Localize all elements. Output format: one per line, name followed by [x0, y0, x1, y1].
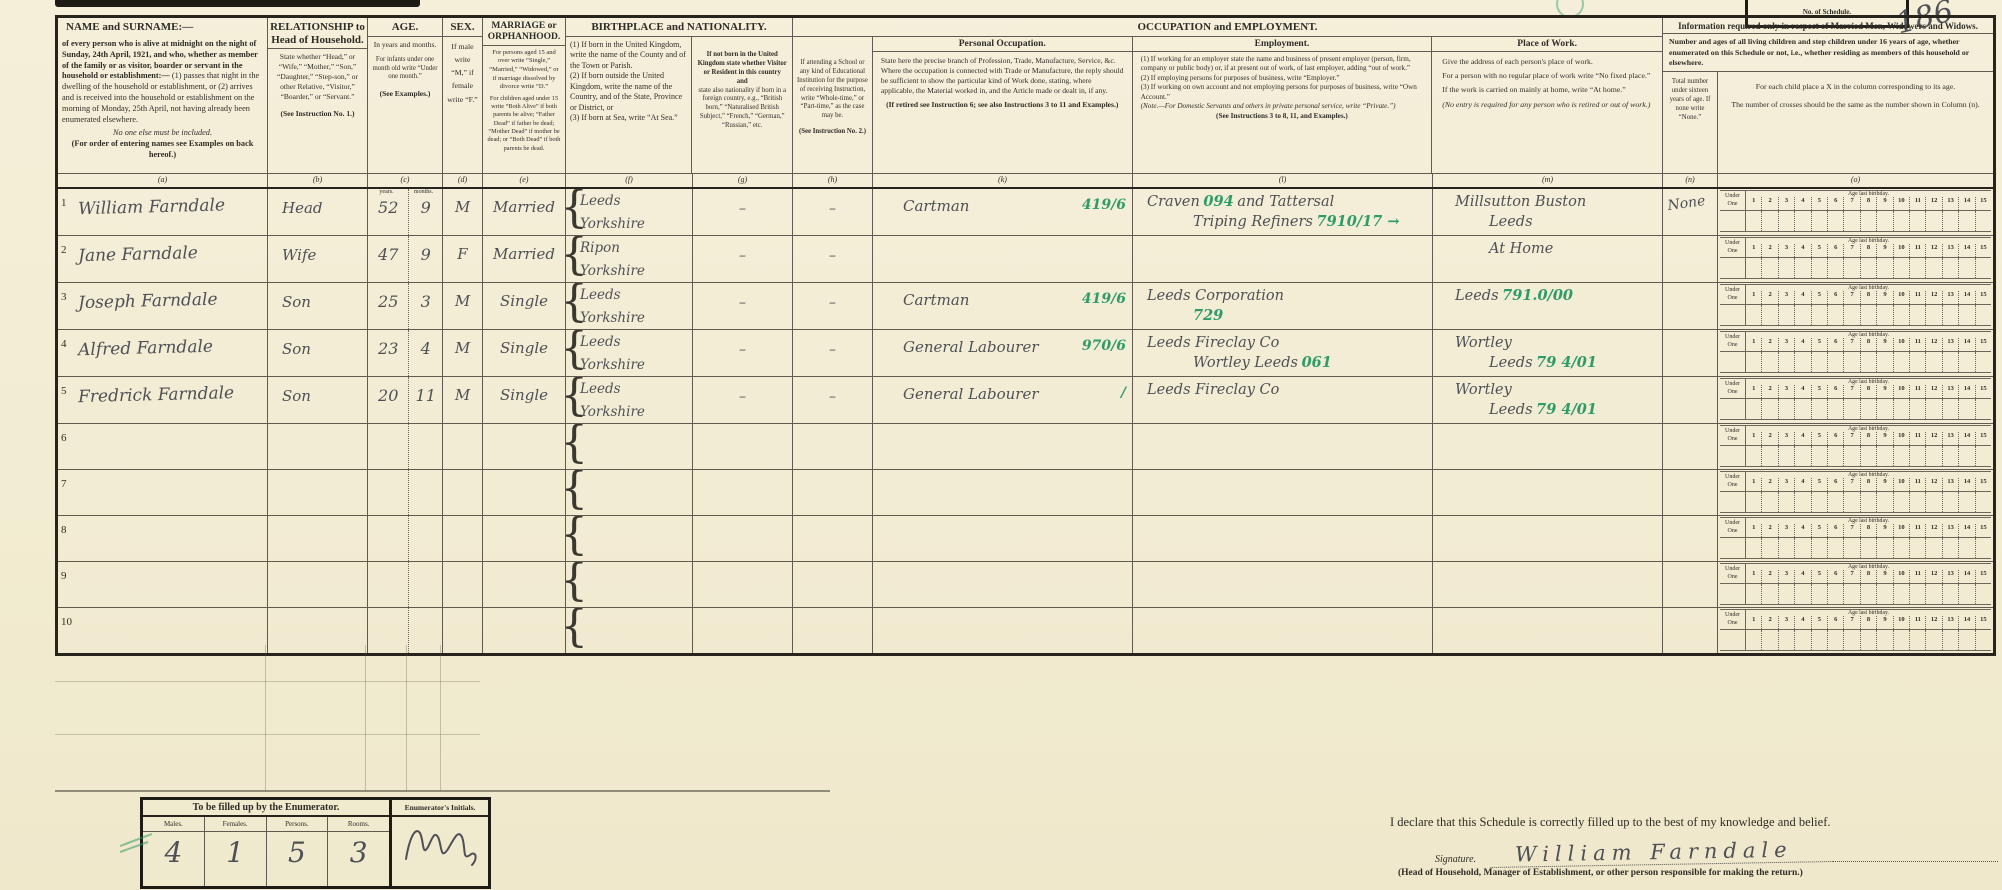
age-col-label: 10 — [1893, 432, 1909, 445]
age-col-label: 5 — [1811, 291, 1827, 304]
table-row: 3 Joseph Farndale Son 25 3 M Single { Le… — [58, 283, 1993, 330]
age-col-label: 15 — [1975, 385, 1991, 398]
age-years-value — [368, 424, 409, 469]
column-letter-l: (l) — [1133, 174, 1433, 187]
age-col-label: 11 — [1909, 432, 1925, 445]
age-col-label: 8 — [1860, 616, 1876, 629]
age-col-label: 4 — [1794, 291, 1810, 304]
cell-children-ages-grid: Under One Age last birthday. 1 2 3 4 5 6… — [1718, 189, 1993, 235]
age-years-value: 47 — [368, 236, 409, 282]
column-letter-g: (g) — [693, 174, 793, 187]
age-col-label: 8 — [1860, 291, 1876, 304]
education-value: – — [793, 377, 872, 405]
age-grid-header: Under One Age last birthday. 1 2 3 4 5 6… — [1720, 426, 1991, 446]
relationship-see: (See Instruction No. 1.) — [268, 109, 367, 118]
age-grid: Under One Age last birthday. 1 2 3 4 5 6… — [1720, 471, 1991, 513]
place-line-2: At Home — [1489, 241, 1553, 257]
nationality-value — [693, 516, 792, 528]
employment-desc-1: (1) If working for an employer state the… — [1141, 55, 1424, 74]
age-grid-numbers: 1 2 3 4 5 6 7 8 9 10 11 12 13 — [1746, 385, 1991, 398]
nationality-value — [693, 470, 792, 482]
nationality-value: – — [693, 236, 792, 264]
age-col-label: 12 — [1925, 244, 1941, 257]
cell-marriage: Married — [483, 189, 566, 235]
name-desc-5: (For order of entering names see Example… — [62, 139, 263, 161]
marriage-column-title: MARRIAGE or ORPHANHOOD. — [483, 18, 565, 46]
cell-sex — [443, 516, 483, 561]
persons-value: 5 — [267, 832, 329, 886]
column-letter-f: (f) — [566, 174, 693, 187]
personal-occupation-desc-1: State here the precise branch of Profess… — [881, 56, 1124, 66]
age-years-value — [368, 562, 409, 607]
age-grid-header: Under One Age last birthday. 1 2 3 4 5 6… — [1720, 191, 1991, 211]
cell-occupation — [873, 562, 1133, 607]
column-header-sex: SEX. If male write “M,” if female write … — [443, 18, 483, 173]
sex-desc: If male write “M,” if female write “F.” — [443, 37, 482, 109]
cell-birthplace: { — [566, 424, 693, 469]
age-col-label: 11 — [1909, 338, 1925, 351]
age-grid: Under One Age last birthday. 1 2 3 4 5 6… — [1720, 190, 1991, 232]
birthplace-line-2: Yorkshire — [580, 353, 692, 376]
name-value — [58, 608, 267, 619]
age-col-label: 10 — [1893, 570, 1909, 583]
age-see: (See Examples.) — [368, 89, 442, 98]
relationship-value: Wife — [268, 236, 367, 264]
cell-birthplace: { Leeds Yorkshire — [566, 377, 693, 423]
cell-sex — [443, 470, 483, 515]
column-header-age: AGE. In years and months. For infants un… — [368, 18, 443, 173]
marriage-desc-2: For children aged under 15 write “Both A… — [483, 95, 565, 156]
cell-place-of-work — [1433, 608, 1663, 653]
marriage-value: Married — [483, 236, 565, 263]
column-header-birthplace: (1) If born in the United Kingdom, write… — [566, 37, 692, 173]
total-children-value — [1663, 377, 1717, 387]
name-value: Jane Farndale — [58, 236, 267, 267]
age-months-value — [409, 562, 442, 607]
age-grid-numbers: 1 2 3 4 5 6 7 8 9 10 11 12 13 — [1746, 524, 1991, 537]
cell-employment: Leeds Fireclay Co — [1133, 377, 1433, 423]
employment-note: (Note.—For Domestic Servants and others … — [1141, 102, 1424, 112]
relationship-value: Head — [268, 189, 367, 217]
bleed-line — [55, 734, 480, 735]
signature-handwritten: William Farndale — [1490, 837, 1833, 868]
cell-age — [368, 562, 443, 607]
cell-marriage: Single — [483, 377, 566, 423]
age-col-label: 3 — [1778, 385, 1794, 398]
age-col-label: 11 — [1909, 616, 1925, 629]
age-col-label: 14 — [1958, 291, 1974, 304]
column-header-personal-occupation: Personal Occupation. State here the prec… — [873, 37, 1133, 173]
under-one-label: Under One — [1720, 518, 1746, 537]
column-group-married-info: Information required only in respect of … — [1663, 18, 1993, 173]
age-col-label: 6 — [1827, 197, 1843, 210]
cell-age — [368, 516, 443, 561]
age-col-label: 10 — [1893, 338, 1909, 351]
table-row: 10 { — [58, 608, 1993, 653]
cropped-box-edge — [55, 0, 420, 7]
age-col-label: 14 — [1958, 616, 1974, 629]
cell-name: 9 — [58, 562, 268, 607]
age-grid-empty-cells — [1720, 399, 1991, 419]
column-letter-n: (n) — [1663, 174, 1718, 187]
relationship-value — [268, 516, 367, 526]
under-one-label: Under One — [1720, 564, 1746, 583]
employer-line-1: Leeds Fireclay Co — [1147, 382, 1279, 398]
cell-sex: F — [443, 236, 483, 282]
cell-total-children — [1663, 424, 1718, 469]
age-grid-header: Under One Age last birthday. 1 2 3 4 5 6… — [1720, 518, 1991, 538]
age-years-value — [368, 516, 409, 561]
birthplace-line-1: Leeds — [580, 283, 692, 306]
place-line-2: Leeds — [1489, 214, 1533, 230]
cell-place-of-work: At Home — [1433, 236, 1663, 282]
rooms-label: Rooms. — [328, 817, 389, 831]
place-line-2: Leeds — [1489, 355, 1533, 371]
cell-name: 2 Jane Farndale — [58, 236, 268, 282]
cell-occupation: Cartman 419/6 — [873, 189, 1133, 235]
age-col-label: 6 — [1827, 478, 1843, 491]
birthplace-desc-1: (1) If born in the United Kingdom, write… — [570, 40, 687, 72]
cell-total-children — [1663, 516, 1718, 561]
age-months-value: 9 — [409, 189, 442, 235]
cell-total-children — [1663, 377, 1718, 423]
age-years-value — [368, 608, 409, 653]
age-col-label: 12 — [1925, 291, 1941, 304]
cell-education: – — [793, 377, 873, 423]
total-children-value — [1663, 283, 1717, 293]
place-line-1: Wortley — [1455, 335, 1512, 351]
employer-line-2: Wortley Leeds — [1193, 355, 1298, 371]
table-row: 8 { — [58, 516, 1993, 562]
age-col-label: 12 — [1925, 197, 1941, 210]
age-grid-header: Under One Age last birthday. 1 2 3 4 5 6… — [1720, 285, 1991, 305]
age-col-label: 15 — [1975, 338, 1991, 351]
birthplace-line-2: Yorkshire — [580, 306, 692, 329]
total-children-value — [1663, 608, 1717, 618]
age-grid-empty-cells — [1720, 211, 1991, 231]
age-col-label: 15 — [1975, 291, 1991, 304]
place-of-work-title: Place of Work. — [1432, 37, 1662, 52]
cell-marriage: Single — [483, 330, 566, 376]
age-col-label: 15 — [1975, 197, 1991, 210]
personal-occupation-desc-2: Where the occupation is connected with T… — [881, 66, 1124, 96]
age-col-label: 9 — [1876, 338, 1892, 351]
cell-education — [793, 608, 873, 653]
age-grid-empty-cells — [1720, 538, 1991, 558]
age-years-value: 20 — [368, 377, 409, 423]
name-value: Fredrick Farndale — [58, 377, 267, 408]
age-col-label: 13 — [1942, 197, 1958, 210]
age-grid: Under One Age last birthday. 1 2 3 4 5 6… — [1720, 563, 1991, 605]
table-row: 4 Alfred Farndale Son 23 4 M Single { Le… — [58, 330, 1993, 377]
education-desc: If attending a School or any kind of Edu… — [793, 37, 872, 125]
age-col-label: 8 — [1860, 432, 1876, 445]
age-grid-empty-cells — [1720, 630, 1991, 650]
total-children-value — [1663, 562, 1717, 572]
birthplace-line-2 — [580, 565, 692, 568]
age-grid-header: Under One Age last birthday. 1 2 3 4 5 6… — [1720, 472, 1991, 492]
age-desc-2: For infants under one month old write “U… — [368, 53, 442, 86]
column-header-children-ages: For each child place a X in the column c… — [1718, 72, 1993, 173]
age-col-label: 7 — [1843, 291, 1859, 304]
age-col-label: 11 — [1909, 478, 1925, 491]
age-grid-numbers: 1 2 3 4 5 6 7 8 9 10 11 12 13 — [1746, 478, 1991, 491]
age-grid-header: Under One Age last birthday. 1 2 3 4 5 6… — [1720, 238, 1991, 258]
table-row: 1 William Farndale Head years. months. 5… — [58, 189, 1993, 236]
age-col-label: 3 — [1778, 616, 1794, 629]
age-grid-right: Age last birthday. 1 2 3 4 5 6 7 8 9 10 — [1746, 238, 1991, 257]
bleed-line — [365, 645, 366, 791]
bleed-line — [265, 645, 266, 791]
column-header-nationality: If not born in the United Kingdom state … — [692, 37, 792, 173]
brace-glyph: { — [566, 424, 588, 465]
age-col-label: 5 — [1811, 432, 1827, 445]
enumerator-initials-signature — [392, 817, 486, 873]
brace-glyph: { — [566, 562, 588, 603]
cell-nationality — [693, 608, 793, 653]
cell-children-ages-grid: Under One Age last birthday. 1 2 3 4 5 6… — [1718, 562, 1993, 607]
brace-glyph: { — [566, 608, 588, 649]
under-one-label: Under One — [1720, 472, 1746, 491]
age-col-label: 1 — [1746, 197, 1761, 210]
column-letter-m: (m) — [1433, 174, 1663, 187]
age-grid-numbers: 1 2 3 4 5 6 7 8 9 10 11 12 13 — [1746, 244, 1991, 257]
employment-desc-3: (3) If working on own account and not em… — [1141, 83, 1424, 102]
cell-occupation — [873, 424, 1133, 469]
nationality-desc-2: and — [696, 78, 788, 87]
column-header-total-children: Total number under sixteen years of age.… — [1663, 72, 1718, 173]
age-col-label: 9 — [1876, 385, 1892, 398]
age-grid-header: Under One Age last birthday. 1 2 3 4 5 6… — [1720, 379, 1991, 399]
cell-relationship — [268, 608, 368, 653]
age-col-label: 13 — [1942, 524, 1958, 537]
age-grid-right: Age last birthday. 1 2 3 4 5 6 7 8 9 10 — [1746, 610, 1991, 629]
nationality-value: – — [693, 330, 792, 358]
age-col-label: 2 — [1761, 244, 1777, 257]
brace-glyph: { — [566, 236, 588, 277]
age-col-label: 4 — [1794, 616, 1810, 629]
cell-age: 23 4 — [368, 330, 443, 376]
age-col-label: 7 — [1843, 197, 1859, 210]
age-grid: Under One Age last birthday. 1 2 3 4 5 6… — [1720, 378, 1991, 420]
age-years-value: 25 — [368, 283, 409, 329]
cell-place-of-work: Wortley Leeds 79 4/01 — [1433, 377, 1663, 423]
age-col-label: 10 — [1893, 478, 1909, 491]
signature-row: Signature. William Farndale — [1390, 840, 1998, 865]
age-col-label: 3 — [1778, 432, 1794, 445]
cell-nationality — [693, 424, 793, 469]
column-letter-d: (d) — [443, 174, 483, 187]
occupation-value: General Labourer — [903, 338, 1039, 356]
age-col-label: 6 — [1827, 291, 1843, 304]
cell-name: 5 Fredrick Farndale — [58, 377, 268, 423]
cell-children-ages-grid: Under One Age last birthday. 1 2 3 4 5 6… — [1718, 470, 1993, 515]
months-label: months. — [405, 189, 442, 195]
cell-education — [793, 516, 873, 561]
age-units-labels: years. months. — [368, 189, 442, 195]
cell-total-children: None — [1663, 189, 1718, 235]
birthplace-line-2 — [580, 611, 692, 614]
brace-glyph: { — [566, 189, 588, 230]
cell-nationality — [693, 470, 793, 515]
birthplace-line-1: Leeds — [580, 377, 692, 400]
relationship-value — [268, 424, 367, 434]
age-years-value: 52 — [368, 189, 409, 235]
occupation-group-title: OCCUPATION and EMPLOYMENT. — [793, 18, 1662, 37]
cell-employment — [1133, 236, 1433, 282]
cell-place-of-work — [1433, 562, 1663, 607]
age-col-label: 10 — [1893, 197, 1909, 210]
age-months-value: 3 — [409, 283, 442, 329]
cell-children-ages-grid: Under One Age last birthday. 1 2 3 4 5 6… — [1718, 377, 1993, 423]
children-ages-desc-2: The number of crosses should be the same… — [1722, 100, 1989, 110]
sex-value: M — [443, 283, 482, 310]
age-col-label: 9 — [1876, 291, 1892, 304]
education-see: (See Instruction No. 2.) — [793, 128, 872, 135]
age-months-value: 4 — [409, 330, 442, 376]
cell-relationship — [268, 424, 368, 469]
cell-birthplace: { Leeds Yorkshire — [566, 283, 693, 329]
age-col-label: 5 — [1811, 197, 1827, 210]
age-grid-right: Age last birthday. 1 2 3 4 5 6 7 8 9 10 — [1746, 332, 1991, 351]
cell-children-ages-grid: Under One Age last birthday. 1 2 3 4 5 6… — [1718, 236, 1993, 282]
education-value — [793, 424, 872, 436]
age-grid-empty-cells — [1720, 584, 1991, 604]
birthplace-line-2 — [580, 473, 692, 476]
age-col-label: 5 — [1811, 478, 1827, 491]
place-line-2: Leeds — [1489, 402, 1533, 418]
sex-value — [443, 470, 482, 479]
sex-value: M — [443, 377, 482, 404]
birthplace-line-2 — [580, 519, 692, 522]
cell-name: 6 — [58, 424, 268, 469]
education-value: – — [793, 236, 872, 264]
age-col-label: 5 — [1811, 570, 1827, 583]
age-col-label: 1 — [1746, 385, 1761, 398]
table-row: 9 { — [58, 562, 1993, 608]
age-col-label: 2 — [1761, 338, 1777, 351]
age-col-label: 8 — [1860, 338, 1876, 351]
cell-sex: M — [443, 189, 483, 235]
under-one-label: Under One — [1720, 285, 1746, 304]
age-col-label: 2 — [1761, 524, 1777, 537]
age-grid: Under One Age last birthday. 1 2 3 4 5 6… — [1720, 331, 1991, 373]
cell-education — [793, 470, 873, 515]
age-months-value — [409, 470, 442, 515]
age-col-label: 6 — [1827, 244, 1843, 257]
age-col-label: 11 — [1909, 385, 1925, 398]
age-grid-right: Age last birthday. 1 2 3 4 5 6 7 8 9 10 — [1746, 518, 1991, 537]
cell-sex: M — [443, 283, 483, 329]
birthplace-line-2: Yorkshire — [580, 212, 692, 235]
brace-glyph: { — [566, 330, 588, 371]
place-code-2: 79 4/01 — [1536, 354, 1597, 371]
age-col-label: 9 — [1876, 524, 1892, 537]
cell-employment — [1133, 608, 1433, 653]
age-col-label: 2 — [1761, 385, 1777, 398]
occupation-value: Cartman — [903, 197, 969, 215]
age-col-label: 4 — [1794, 478, 1810, 491]
cell-nationality: – — [693, 236, 793, 282]
cell-marriage — [483, 562, 566, 607]
married-info-title: Information required only in respect of … — [1663, 18, 1993, 34]
enumerator-counts: To be filled up by the Enumerator. Males… — [143, 800, 392, 886]
age-col-label: 3 — [1778, 338, 1794, 351]
cell-total-children — [1663, 330, 1718, 376]
enumerator-column-headers: Males. Females. Persons. Rooms. — [143, 817, 389, 832]
enumerator-initials-section: Enumerator's Initials. — [392, 800, 488, 886]
cell-relationship: Wife — [268, 236, 368, 282]
age-months-value — [409, 516, 442, 561]
column-header-marriage: MARRIAGE or ORPHANHOOD. For persons aged… — [483, 18, 566, 173]
cell-sex — [443, 562, 483, 607]
age-col-label: 13 — [1942, 338, 1958, 351]
cell-occupation — [873, 236, 1133, 282]
name-value — [58, 470, 267, 481]
cell-age — [368, 470, 443, 515]
rooms-value: 3 — [328, 832, 389, 886]
employer-code-1: 094 — [1203, 193, 1233, 210]
column-group-birthplace: BIRTHPLACE and NATIONALITY. (1) If born … — [566, 18, 793, 173]
cell-children-ages-grid: Under One Age last birthday. 1 2 3 4 5 6… — [1718, 283, 1993, 329]
census-schedule-page: { "colors":{"paper":"#f2ecd2","ink":"#2f… — [0, 0, 2002, 890]
cell-age: 47 9 — [368, 236, 443, 282]
under-one-label: Under One — [1720, 191, 1746, 210]
age-col-label: 1 — [1746, 616, 1761, 629]
cell-occupation: General Labourer 970/6 — [873, 330, 1133, 376]
cell-occupation — [873, 608, 1133, 653]
age-col-label: 7 — [1843, 616, 1859, 629]
age-col-label: 4 — [1794, 197, 1810, 210]
age-col-label: 3 — [1778, 291, 1794, 304]
age-col-label: 8 — [1860, 570, 1876, 583]
age-years-value — [368, 470, 409, 515]
age-col-label: 5 — [1811, 338, 1827, 351]
relationship-value — [268, 608, 367, 618]
name-value — [58, 516, 267, 527]
age-desc-1: In years and months. — [368, 37, 442, 53]
age-grid-empty-cells — [1720, 305, 1991, 325]
cell-total-children — [1663, 562, 1718, 607]
nationality-value — [693, 424, 792, 436]
table-row: 6 { — [58, 424, 1993, 470]
employer-line-1: Craven — [1147, 194, 1200, 210]
age-col-label: 11 — [1909, 570, 1925, 583]
cell-children-ages-grid: Under One Age last birthday. 1 2 3 4 5 6… — [1718, 608, 1993, 653]
cell-name: 4 Alfred Farndale — [58, 330, 268, 376]
age-col-label: 14 — [1958, 244, 1974, 257]
age-col-label: 4 — [1794, 338, 1810, 351]
cell-name: 7 — [58, 470, 268, 515]
sex-value — [443, 562, 482, 571]
nationality-value — [693, 562, 792, 574]
cell-name: 8 — [58, 516, 268, 561]
age-col-label: 10 — [1893, 244, 1909, 257]
age-col-label: 15 — [1975, 244, 1991, 257]
place-of-work-note: (No entry is required for any person who… — [1442, 100, 1652, 110]
column-letter-c: (c) — [368, 174, 443, 187]
education-value — [793, 470, 872, 482]
cell-education — [793, 562, 873, 607]
column-letter-b: (b) — [268, 174, 368, 187]
age-col-label: 6 — [1827, 616, 1843, 629]
age-col-label: 14 — [1958, 432, 1974, 445]
bleed-line — [406, 645, 407, 791]
cell-birthplace: { — [566, 608, 693, 653]
employment-title: Employment. — [1133, 37, 1432, 52]
age-col-label: 1 — [1746, 524, 1761, 537]
cell-employment — [1133, 424, 1433, 469]
